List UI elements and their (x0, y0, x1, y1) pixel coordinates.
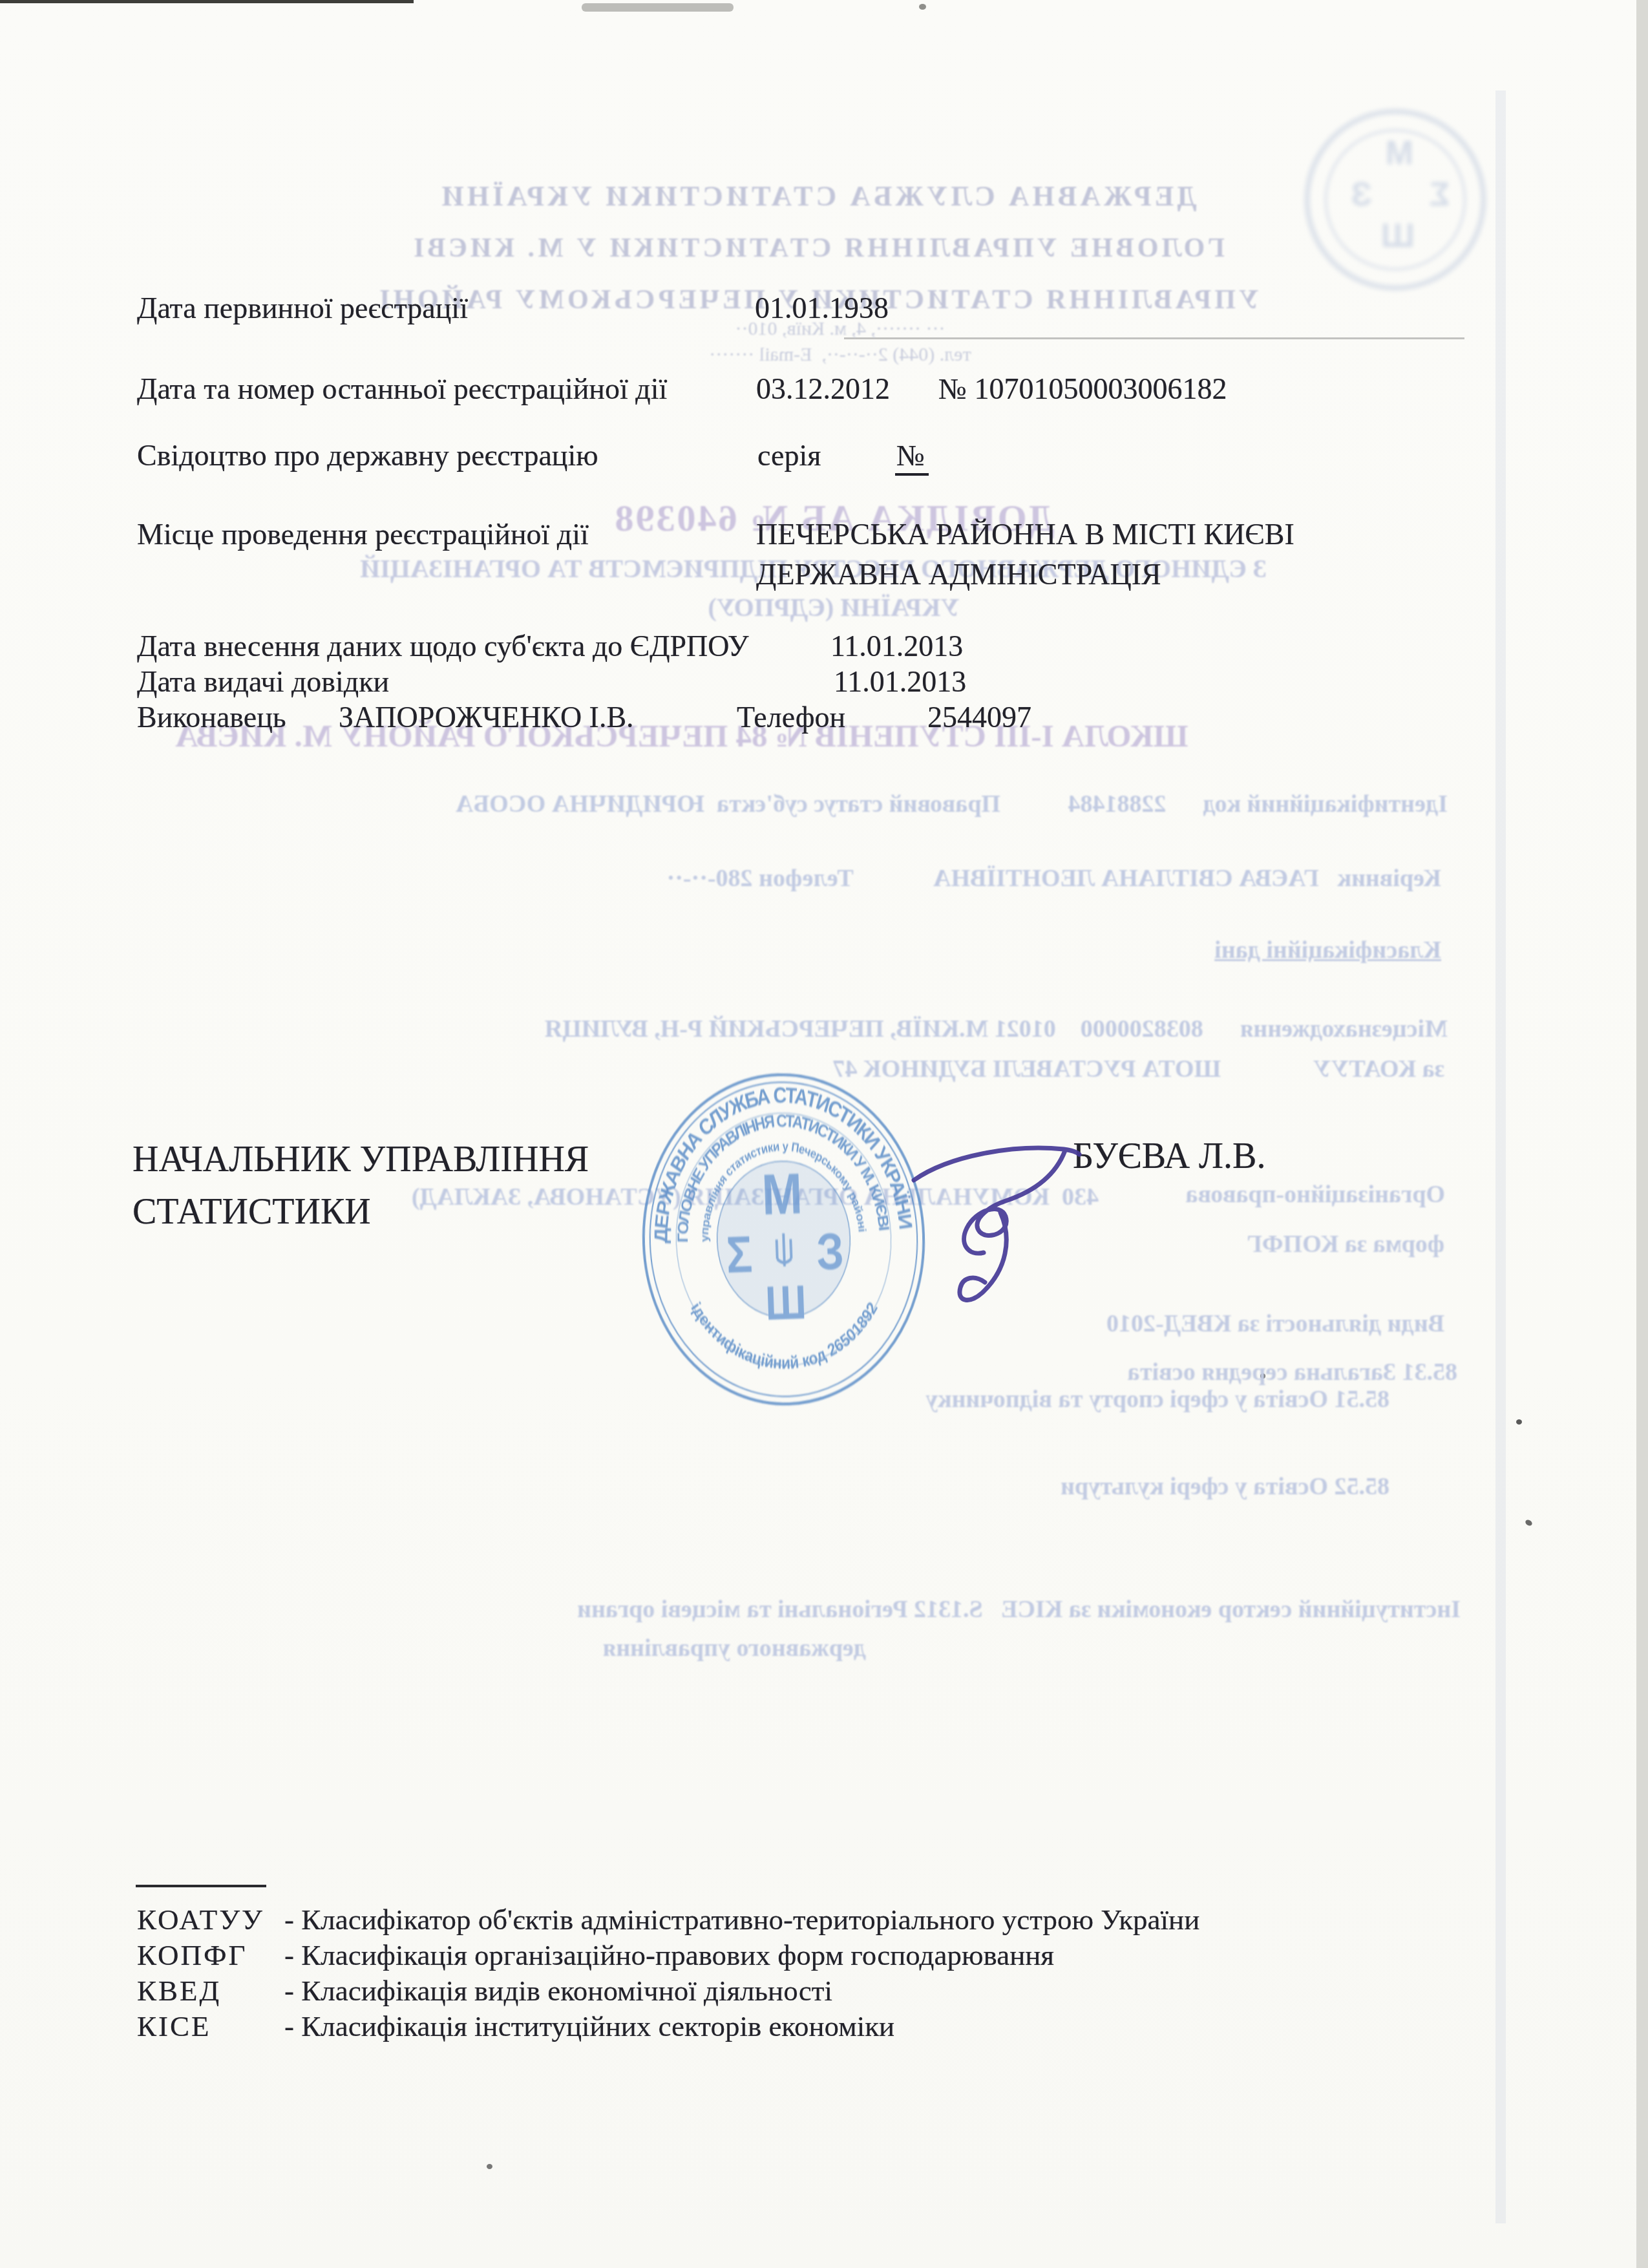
footer-def-kise: - Класифікація інституційних секторів ек… (284, 2009, 894, 2043)
row-certificate-seriya: серія (757, 438, 821, 472)
bleedthrough-ident-code: Ідентифікаційний код 22881484 Правовий с… (162, 790, 1448, 818)
stamp-emblem-letter-sh: Ш (765, 1275, 807, 1330)
row-last-label: Дата та номер останньої реєстраційної ді… (137, 372, 667, 406)
bleedthrough-stamp-letter-bottom: Ш (1381, 217, 1415, 255)
bleedthrough-stamp-circle: М Σ З Ш (1304, 109, 1486, 291)
footer-term-kise: КІСЕ (137, 2009, 211, 2043)
scan-speck-2 (1525, 1519, 1534, 1527)
bleedthrough-classification-header: Класифікаційні дані (1125, 936, 1441, 964)
footer-term-koatuu: КОАТУУ (137, 1903, 264, 1936)
footer-def-koatuu: - Класифікатор об'єктів адміністративно-… (284, 1903, 1199, 1936)
row-edrpou-label: Дата внесення даних щодо суб'єкта до ЄДР… (137, 629, 749, 663)
bleedthrough-stamp-letter-left: Σ (1430, 175, 1450, 214)
row-edrpou-value: 11.01.2013 (830, 629, 963, 663)
bleedthrough-stamp-letter-top: М (1386, 134, 1413, 173)
bleedthrough-phone: тел. (044) 2··-··-··, Е-mail ······· (504, 344, 1176, 366)
row-certificate-label: Свідоцтво про державну реєстрацію (137, 438, 598, 472)
row-last-number: № 10701050003006182 (938, 372, 1227, 406)
footer-rule (136, 1885, 266, 1887)
row-executor-label: Виконавець (137, 700, 286, 734)
bleedthrough-kved-8552: 85.52 Освіта у сфері культури (918, 1472, 1389, 1501)
scan-speck-4 (487, 2164, 492, 2169)
bleedthrough-header-2: ГОЛОВНЕ УПРАВЛІННЯ СТАТИСТИКИ У М. КИЄВІ (388, 233, 1247, 264)
stamp-emblem-letter-z: З (816, 1223, 845, 1281)
row-primary-value: 01.01.1938 (755, 291, 889, 325)
stamp-emblem-letter-sigma: Σ (725, 1226, 753, 1284)
bleedthrough-kopfg-label-2: форма за КОПФГ (1192, 1230, 1444, 1258)
signatory-title-line-1: НАЧАЛЬНИК УПРАВЛІННЯ (132, 1139, 589, 1180)
scan-top-edge-line (0, 0, 414, 3)
bleedthrough-location-line-1: Місцезнаходження 8038200000 01021 М.КИЇВ… (349, 1015, 1448, 1043)
scan-right-edge-shadow (1636, 0, 1648, 2268)
footer-def-kopfg: - Класифікація організаційно-правових фо… (284, 1938, 1054, 1972)
scan-top-smudge (582, 3, 734, 12)
row-place-value-2: ДЕРЖАВНА АДМІНІСТРАЦІЯ (756, 557, 1161, 591)
official-round-stamp: ДЕРЖАВНА СЛУЖБА СТАТИСТИКИ УКРАЇНИ ГОЛОВ… (631, 1061, 936, 1417)
bleedthrough-kopfg-label-1: Організаційно-правова (1130, 1180, 1445, 1209)
footer-def-kved: - Класифікація видів економічної діяльно… (284, 1974, 832, 2008)
row-certificate-no-sign: № (895, 439, 929, 476)
bleedthrough-kise-line-2: державного управління (504, 1634, 866, 1662)
row-place-label: Місце проведення реєстраційної дії (137, 517, 589, 551)
bleedthrough-kerivnyk: Керівник ГАЄВА СВІТЛАНА ЛЕОНТІЇВНА Телеф… (271, 864, 1441, 893)
bleedthrough-location-line-2: за КОАТУУ ШОТА РУСТАВЕЛІ БУДИНОК 47 (452, 1055, 1444, 1083)
row-executor-phone-label: Телефон (737, 700, 845, 734)
row-last-date: 03.12.2012 (756, 372, 890, 406)
bleedthrough-stamp-letter-right: З (1351, 175, 1372, 214)
row-executor-phone: 2544097 (927, 700, 1031, 734)
bleedthrough-kved-header: Види діяльності за КВЕД-2010 (1115, 1309, 1444, 1338)
footer-term-kopfg: КОПФГ (137, 1938, 247, 1972)
handwritten-signature (903, 1130, 1104, 1324)
row-primary-label: Дата первинної реєстрації (137, 291, 468, 325)
row-executor-name: ЗАПОРОЖЧЕНКО І.В. (339, 700, 634, 734)
bleedthrough-kved-8531: 85.31 Загальна середня освіта (1115, 1358, 1457, 1386)
signatory-title-line-2: СТАТИСТИКИ (132, 1191, 371, 1233)
scan-top-dot (919, 4, 926, 10)
row-issue-label: Дата видачі довідки (137, 664, 389, 699)
bleedthrough-school-name: ШКОЛА І-ІІІ СТУПЕНІВ № 84 ПЕЧЕРСЬКОГО РА… (149, 717, 1215, 754)
scan-right-streak (1495, 90, 1506, 2223)
scanned-document-page: М Σ З Ш ДЕРЖАВНА СЛУЖБА СТАТИСТИКИ УКРАЇ… (0, 0, 1648, 2268)
row-certificate-no: № (895, 438, 929, 472)
bleedthrough-registry-line-2: УКРАЇНИ (ЄДРПОУ) (666, 592, 1002, 622)
bleedthrough-kise-line-1: Інституційний сектор економіки за КІСЕ S… (349, 1595, 1461, 1624)
row-issue-value: 11.01.2013 (834, 664, 966, 699)
bleedthrough-header-1: ДЕРЖАВНА СЛУЖБА СТАТИСТИКИ УКРАЇНИ (388, 180, 1247, 213)
stamp-emblem-letter-m: М (761, 1162, 803, 1227)
scan-speck-1 (1516, 1419, 1522, 1425)
footer-term-kved: КВЕД (137, 1974, 221, 2008)
row-place-value-1: ПЕЧЕРСЬКА РАЙОННА В МІСТІ КИЄВІ (756, 517, 1294, 551)
